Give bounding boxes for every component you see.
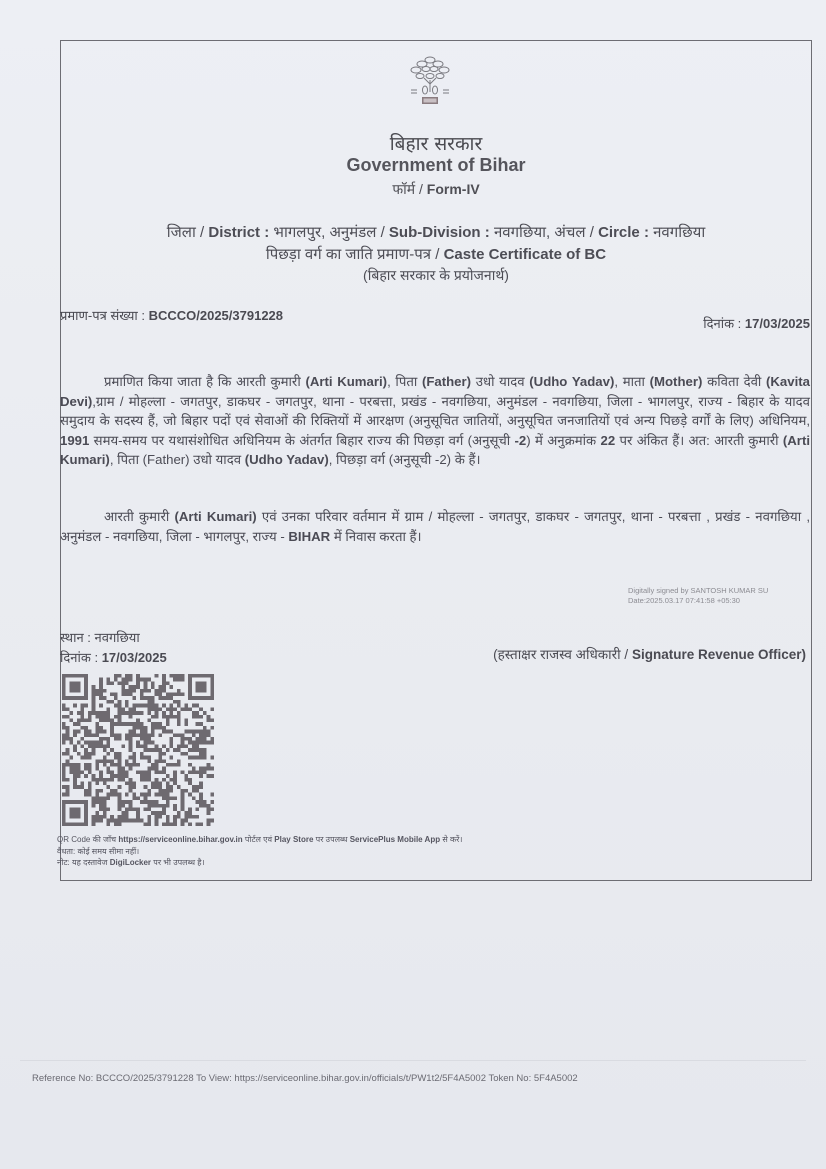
qr-code-icon[interactable]	[62, 674, 214, 826]
footer-divider	[20, 1060, 806, 1061]
place-label: स्थान :	[60, 630, 91, 645]
subdivision-value: नवगछिया	[494, 224, 546, 241]
state-title-english: Government of Bihar	[60, 155, 812, 176]
certificate-number: प्रमाण-पत्र संख्या : BCCCO/2025/3791228	[60, 306, 283, 324]
reference-footer: Reference No: BCCCO/2025/3791228 To View…	[32, 1073, 578, 1084]
subdivision-label-hindi: अनुमंडल	[329, 224, 376, 241]
signature-date-label: दिनांक :	[60, 650, 98, 665]
circle-value: नवगछिया	[653, 224, 705, 241]
signature-date: दिनांक : 17/03/2025	[60, 648, 167, 666]
digital-signature-stamp: Digitally signed by SANTOSH KUMAR SU Dat…	[628, 586, 768, 606]
certificate-title: पिछड़ा वर्ग का जाति प्रमाण-पत्र / Caste …	[60, 244, 812, 264]
certificate-date-label: दिनांक :	[703, 316, 741, 331]
validity-note: वैधता: कोई समय सीमा नहीं।	[57, 846, 462, 858]
place: स्थान : नवगछिया	[60, 628, 140, 646]
circle-label-hindi: अंचल	[554, 224, 585, 241]
district-label-english: District	[208, 224, 260, 241]
form-label-hindi: फॉर्म	[392, 181, 415, 197]
subdivision-label-english: Sub-Division	[389, 224, 481, 241]
digital-signature-date: Date:2025.03.17 07:41:58 +05:30	[628, 596, 768, 606]
place-value: नवगछिया	[95, 630, 140, 645]
digital-signature-signer: Digitally signed by SANTOSH KUMAR SU	[628, 586, 768, 596]
certificate-title-hindi: पिछड़ा वर्ग का जाति प्रमाण-पत्र	[266, 246, 431, 263]
signature-date-value: 17/03/2025	[102, 650, 167, 665]
certificate-date: दिनांक : 17/03/2025	[703, 314, 810, 332]
state-title-hindi: बिहार सरकार	[60, 130, 812, 156]
signature-officer-hindi: (हस्ताक्षर राजस्व अधिकारी /	[493, 647, 628, 662]
service-portal-link[interactable]: https://serviceonline.bihar.gov.in	[118, 835, 242, 844]
certificate-title-english: Caste Certificate of BC	[444, 246, 607, 263]
certificate-purpose: (बिहार सरकार के प्रयोजनार्थ)	[60, 266, 812, 285]
certificate-date-value: 17/03/2025	[745, 316, 810, 331]
certification-paragraph: प्रमाणित किया जाता है कि आरती कुमारी (Ar…	[60, 372, 810, 470]
circle-label-english: Circle	[598, 224, 640, 241]
digilocker-note: नोट: यह दस्तावेज DigiLocker पर भी उपलब्ध…	[57, 857, 462, 869]
district-value: भागलपुर	[273, 224, 321, 241]
form-label-english: Form-IV	[427, 181, 480, 197]
bihar-emblem-icon	[405, 52, 455, 108]
district-label-hindi: जिला	[167, 224, 196, 241]
residence-paragraph: आरती कुमारी (Arti Kumari) एवं उनका परिवा…	[60, 507, 810, 546]
certificate-number-label: प्रमाण-पत्र संख्या :	[60, 308, 145, 323]
signature-officer: (हस्ताक्षर राजस्व अधिकारी / Signature Re…	[493, 645, 806, 663]
qr-verification-note: QR Code की जाँच https://serviceonline.bi…	[57, 834, 462, 846]
verification-notes: QR Code की जाँच https://serviceonline.bi…	[57, 834, 462, 869]
certificate-number-value: BCCCO/2025/3791228	[149, 308, 283, 323]
jurisdiction-line: जिला / District : भागलपुर, अनुमंडल / Sub…	[60, 222, 812, 242]
form-label: फॉर्म / Form-IV	[60, 180, 812, 199]
signature-officer-english: Signature Revenue Officer)	[632, 647, 806, 662]
